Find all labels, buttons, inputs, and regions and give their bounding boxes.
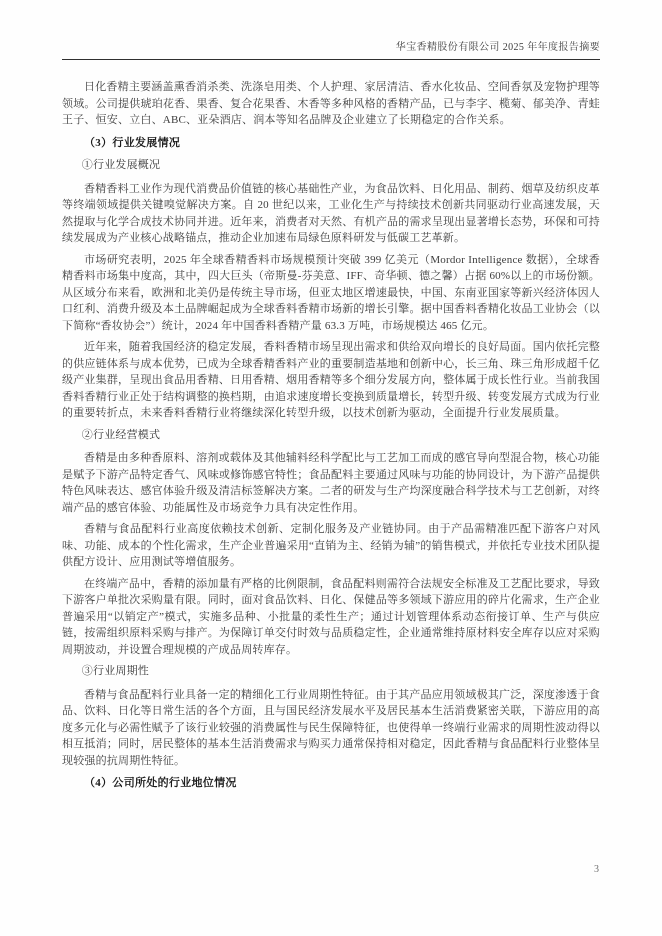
subheading-industry-overview: ①行业发展概况 [62, 157, 600, 174]
page-header: 华宝香精股份有限公司 2025 年年度报告摘要 [62, 41, 600, 54]
subheading-industry-cyclicality: ③行业周期性 [62, 663, 600, 680]
header-divider [62, 59, 600, 60]
page-number: 3 [594, 864, 599, 875]
subheading-business-model: ②行业经营模式 [62, 427, 600, 444]
paragraph-global-market: 市场研究表明，2025 年全球香精香料市场规模预计突破 399 亿美元（Mord… [62, 252, 600, 335]
section-heading-company-position: （4）公司所处的行业地位情况 [62, 775, 600, 792]
paragraph-industry-overview: 香精香料工业作为现代消费品价值链的核心基础性产业，为食品饮料、日化用品、制药、烟… [62, 181, 600, 247]
paragraph-domestic-market: 近年来，随着我国经济的稳定发展，香料香精市场呈现出需求和供给双向增长的良好局面。… [62, 339, 600, 422]
header-title: 华宝香精股份有限公司 2025 年年度报告摘要 [396, 42, 600, 53]
paragraph-business-model-production: 在终端产品中，香精的添加量有严格的比例限制，食品配料则需符合法规安全标准及工艺配… [62, 576, 600, 659]
document-body: 日化香精主要涵盖熏香消杀类、洗涤皂用类、个人护理、家居清洁、香水化妆品、空间香氛… [62, 79, 600, 792]
paragraph-daily-chemical-flavors: 日化香精主要涵盖熏香消杀类、洗涤皂用类、个人护理、家居清洁、香水化妆品、空间香氛… [62, 79, 600, 129]
paragraph-cyclicality: 香精与食品配料行业具备一定的精细化工行业周期性特征。由于其产品应用领域极其广泛，… [62, 687, 600, 770]
paragraph-business-model-sales: 香精与食品配料行业高度依赖技术创新、定制化服务及产业链协同。由于产品需精准匹配下… [62, 521, 600, 571]
report-page: 华宝香精股份有限公司 2025 年年度报告摘要 日化香精主要涵盖熏香消杀类、洗涤… [0, 0, 662, 936]
section-heading-industry-development: （3）行业发展情况 [62, 135, 600, 152]
paragraph-business-model-definition: 香精是由多种香原料、溶剂或载体及其他辅料经科学配比与工艺加工而成的感官导向型混合… [62, 450, 600, 516]
